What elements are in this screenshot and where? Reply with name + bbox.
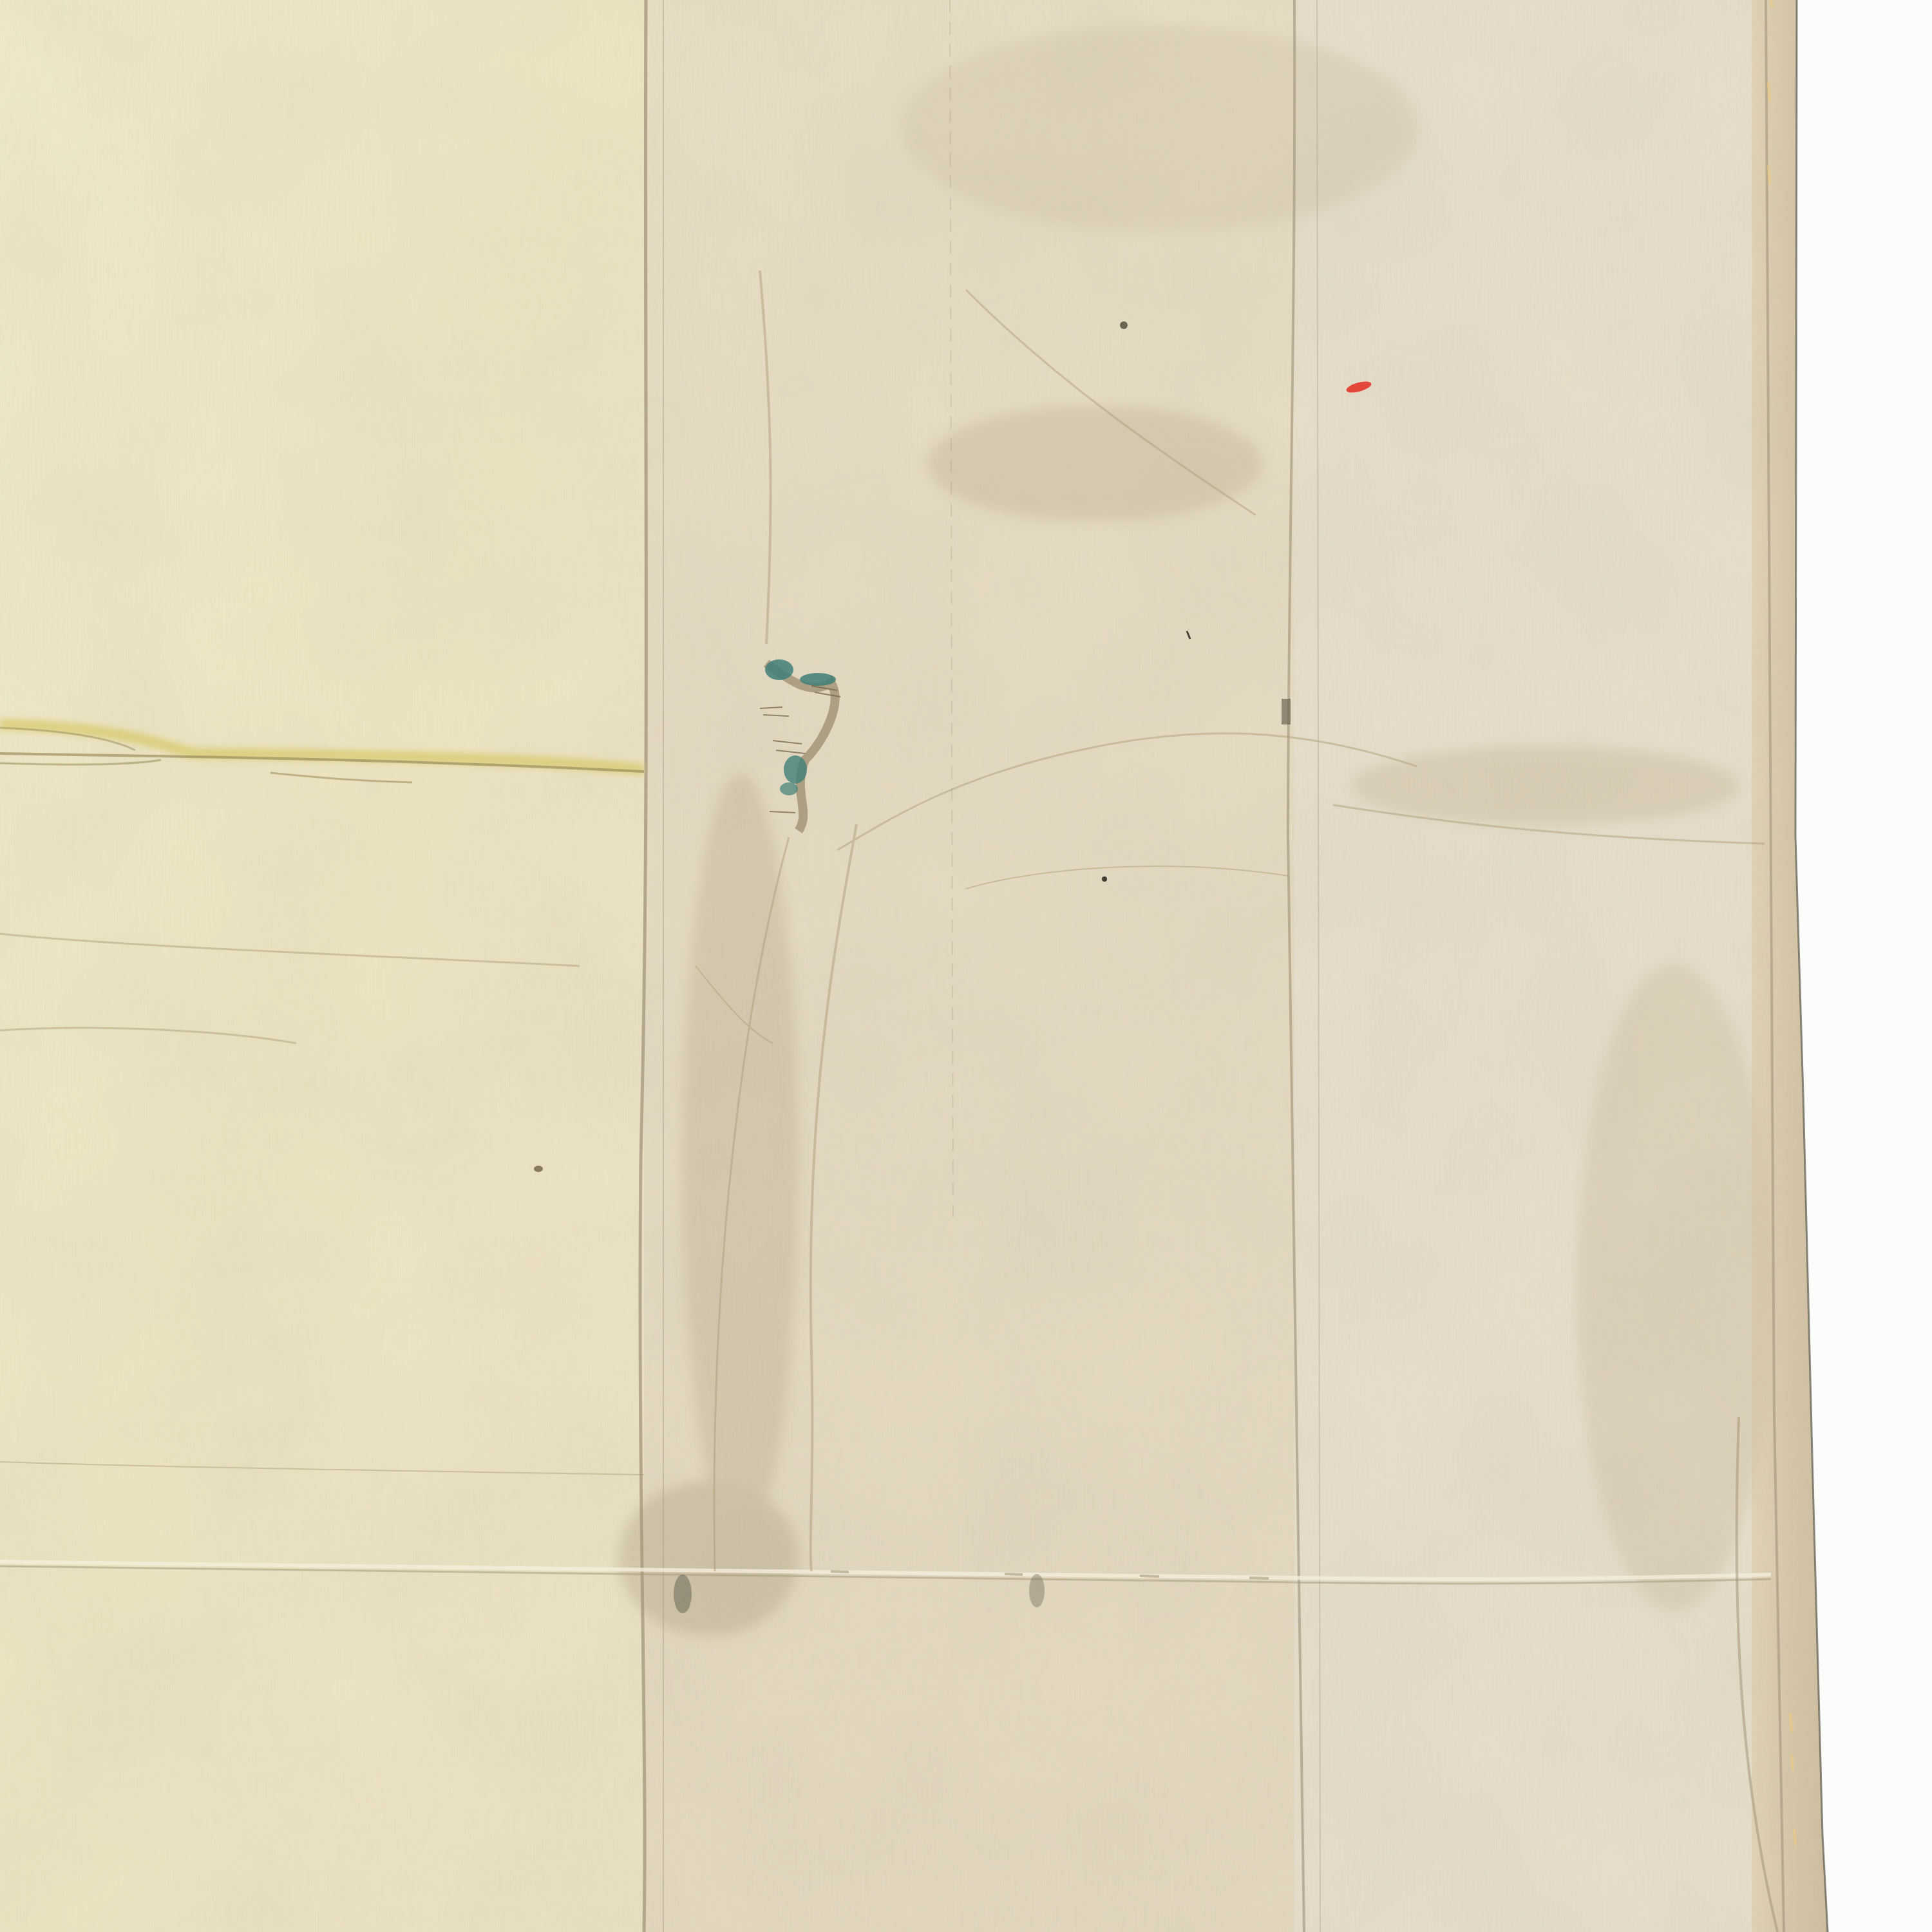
photo-scene — [0, 0, 1932, 1932]
silk-textile — [0, 0, 1932, 1932]
